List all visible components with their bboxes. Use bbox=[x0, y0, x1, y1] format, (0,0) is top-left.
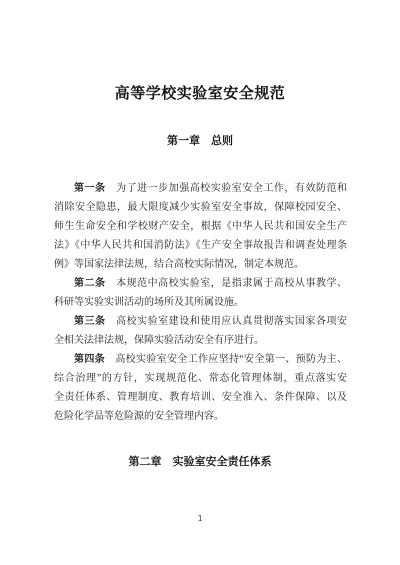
body-line: 法》《中华人民共和国消防法》《生产安全事故报告和调查处理条 bbox=[54, 236, 347, 255]
body-line: 全相关法律法规，保障实验活动安全有序进行。 bbox=[54, 331, 347, 350]
body-line: 例》等国家法律法规，结合高校实际情况，制定本规范。 bbox=[54, 255, 347, 274]
body-line-clause-1: 第一条 为了进一步加强高校实验室安全工作，有效防范和 bbox=[54, 179, 347, 198]
body-line-clause-2: 第二条 本规范中高校实验室，是指隶属于高校从事教学、 bbox=[54, 274, 347, 293]
document-page: 高等学校实验室安全规范 第一章 总则 第一条 为了进一步加强高校实验室安全工作，… bbox=[0, 0, 400, 565]
clause-4-label: 第四条 bbox=[74, 354, 105, 365]
chapter-2-heading: 第二章 实验室安全责任体系 bbox=[0, 453, 400, 469]
body-line-clause-3: 第三条 高校实验室建设和使用应认真贯彻落实国家各项安 bbox=[54, 312, 347, 331]
clause-4-text: 高校实验室安全工作应坚持“安全第一、预防为主、 bbox=[105, 354, 347, 365]
document-title: 高等学校实验室安全规范 bbox=[0, 82, 400, 103]
clause-1-label: 第一条 bbox=[74, 183, 106, 194]
body-line-clause-4: 第四条 高校实验室安全工作应坚持“安全第一、预防为主、 bbox=[54, 350, 347, 369]
body-line: 师生生命安全和学校财产安全，根据《中华人民共和国安全生产 bbox=[54, 217, 347, 236]
clause-2-text: 本规范中高校实验室，是指隶属于高校从事教学、 bbox=[106, 278, 347, 289]
page-number: 1 bbox=[0, 514, 400, 523]
clause-1-text: 为了进一步加强高校实验室安全工作，有效防范和 bbox=[106, 183, 347, 194]
body-line: 全责任体系、管理制度、教育培训、安全准入、条件保障、以及 bbox=[54, 388, 347, 407]
clause-3-label: 第三条 bbox=[74, 316, 106, 327]
clause-3-text: 高校实验室建设和使用应认真贯彻落实国家各项安 bbox=[106, 316, 347, 327]
chapter-1-heading: 第一章 总则 bbox=[0, 132, 400, 148]
document-body: 第一条 为了进一步加强高校实验室安全工作，有效防范和 消除安全隐患，最大限度减少… bbox=[54, 179, 347, 426]
clause-2-label: 第二条 bbox=[74, 278, 106, 289]
body-line: 科研等实验实训活动的场所及其所属设施。 bbox=[54, 293, 347, 312]
body-line: 综合治理”的方针，实现规范化、常态化管理体制，重点落实安 bbox=[54, 369, 347, 388]
body-line: 消除安全隐患，最大限度减少实验室安全事故，保障校园安全、 bbox=[54, 198, 347, 217]
body-line: 危险化学品等危险源的安全管理内容。 bbox=[54, 407, 347, 426]
